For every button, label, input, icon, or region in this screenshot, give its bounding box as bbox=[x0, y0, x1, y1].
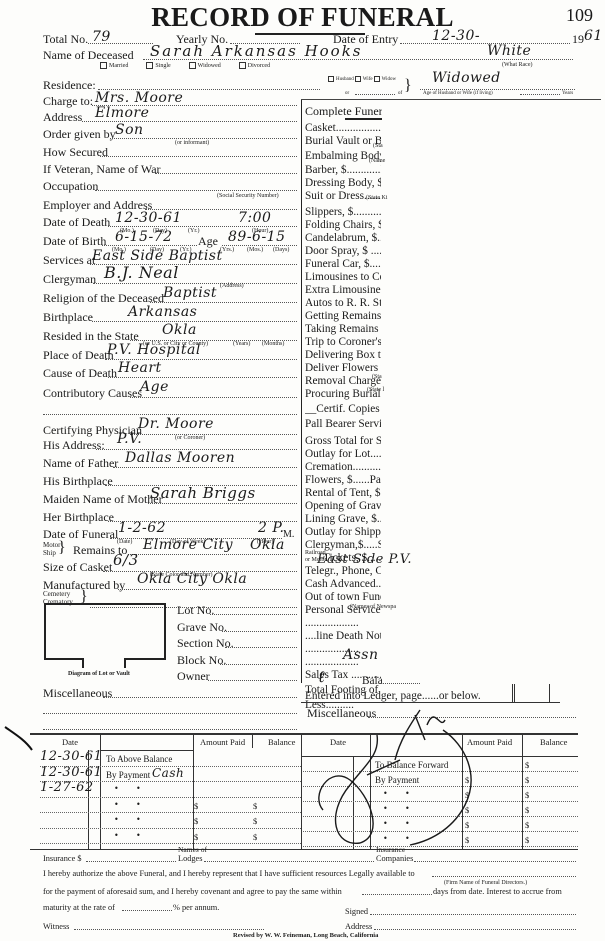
bullet-dot: • bbox=[136, 815, 141, 824]
payment-amount[interactable]: $ bbox=[194, 832, 198, 842]
lot-diagram-door-left bbox=[82, 658, 84, 668]
place-of-death-value: P.V. Hospital bbox=[107, 343, 201, 357]
payment-description: By Payment bbox=[106, 770, 150, 780]
birthplace-label: Birthplace bbox=[43, 310, 93, 324]
witness-label: Witness bbox=[43, 922, 69, 931]
occupation-field[interactable] bbox=[95, 180, 297, 191]
owner-field[interactable] bbox=[208, 670, 297, 681]
payment-date[interactable]: 1-27-62 bbox=[40, 781, 94, 795]
charge-item[interactable]: ....line Death Notices in... bbox=[305, 630, 381, 642]
cause-of-death-label: Cause of Death bbox=[43, 366, 117, 380]
charges-caption-sta: (Sta bbox=[373, 143, 383, 150]
charge-item[interactable]: Flowers, $......Palms, $ ... bbox=[305, 474, 381, 486]
date-of-funeral-value: 1-2-62 bbox=[118, 521, 166, 535]
resided-in-state-value: Okla bbox=[162, 323, 197, 337]
size-of-casket-value: 6/3 bbox=[113, 553, 139, 567]
lot-diagram-door-right bbox=[124, 658, 126, 668]
ins-companies-bottom: Companies bbox=[376, 854, 413, 863]
days-text: days from date. Interest to accrue from bbox=[433, 887, 562, 896]
address-label: Address bbox=[43, 110, 82, 124]
her-birthplace-label: Her Birthplace bbox=[43, 510, 114, 524]
ledger-tick-1 bbox=[512, 684, 513, 702]
payment-description: To Above Balance bbox=[106, 754, 172, 764]
payment-balance[interactable]: $ bbox=[253, 816, 257, 826]
charges-caption-name: (Name bbox=[369, 158, 385, 165]
charge-item[interactable]: Gross Total for Sales Tax.. bbox=[305, 435, 381, 447]
block-no-field[interactable] bbox=[220, 654, 297, 665]
charge-item[interactable]: Taking Remains to......... bbox=[305, 323, 381, 335]
charge-item[interactable]: Pall Bearer Service, $.... U bbox=[305, 418, 381, 430]
left-balance-header: Balance bbox=[268, 737, 295, 747]
veteran-war-label: If Veteran, Name of War bbox=[43, 162, 161, 176]
misc-left-line-2[interactable] bbox=[43, 703, 297, 714]
bullet-dot: • bbox=[114, 800, 119, 809]
date-of-death-label: Date of Death bbox=[43, 215, 110, 229]
payment-row: ••$$ bbox=[40, 830, 301, 846]
order-given-by-label: Order given by bbox=[43, 127, 116, 141]
name-of-father-value: Dallas Mooren bbox=[125, 451, 235, 465]
payment-balance[interactable]: $ bbox=[253, 832, 257, 842]
race-caption: (What Race) bbox=[502, 62, 532, 69]
payment-balance[interactable]: $ bbox=[253, 801, 257, 811]
charge-item[interactable]: Dressing Body, $..........I bbox=[305, 177, 381, 189]
name-of-deceased-value: Sarah Arkansas Hooks bbox=[150, 44, 363, 58]
charge-to-value: Mrs. Moore bbox=[95, 91, 183, 105]
charge-item[interactable]: Extra Limousines .......... bbox=[305, 284, 381, 296]
ship-caption: Ship bbox=[43, 549, 56, 557]
date-of-birth-value: 6-15-72 bbox=[115, 230, 173, 244]
left-amount-header: Amount Paid bbox=[200, 737, 245, 747]
year-prefix: 19 bbox=[572, 32, 584, 46]
charge-item[interactable]: Getting Remains from..... bbox=[305, 310, 381, 322]
contributory-causes-extra-line[interactable] bbox=[43, 404, 297, 415]
checkbox-widowed[interactable] bbox=[189, 62, 196, 69]
years-caption: Years bbox=[562, 91, 573, 96]
motor-ship-brace: } bbox=[58, 540, 66, 556]
ledger-divider bbox=[301, 702, 560, 703]
charges-caption-state-ki: (State Ki bbox=[366, 195, 388, 202]
signed-field[interactable] bbox=[370, 914, 576, 915]
row-line bbox=[40, 843, 301, 844]
spouse-or: or bbox=[345, 91, 349, 96]
date-of-birth-label: Date of Birth bbox=[43, 234, 106, 248]
less-value: Assn bbox=[343, 648, 379, 662]
charge-item[interactable]: Opening of Grave or Tomb. bbox=[305, 500, 381, 512]
payments-center-divider bbox=[301, 733, 302, 849]
services-at-value: East Side Baptist bbox=[92, 249, 223, 263]
veteran-war-field[interactable] bbox=[155, 163, 297, 174]
resided-years-caption: (Years) bbox=[233, 341, 250, 348]
name-of-father-label: Name of Father bbox=[43, 456, 118, 470]
payment-balance[interactable]: $ bbox=[525, 790, 529, 800]
charge-item[interactable]: Limousines to Cemetery... bbox=[305, 271, 381, 283]
ledger-pen-mark bbox=[0, 722, 40, 752]
payment-amount[interactable]: $ bbox=[194, 816, 198, 826]
left-desc-header-rule bbox=[100, 750, 193, 751]
checkbox-divorced[interactable] bbox=[239, 62, 246, 69]
balance-field[interactable] bbox=[380, 683, 420, 684]
charge-item[interactable]: Barber, $............Hair I bbox=[305, 164, 381, 176]
his-address-value: P.V. bbox=[117, 432, 142, 446]
bullet-dot: • bbox=[114, 831, 119, 840]
percent-text: % per annum. bbox=[173, 903, 219, 912]
contributory-causes-value: Age bbox=[140, 380, 169, 394]
mother-maiden-name-value: Sarah Briggs bbox=[150, 486, 256, 500]
misc-left-line-3[interactable] bbox=[43, 719, 297, 730]
remains-to-state-value: Okla bbox=[250, 538, 285, 552]
charge-item[interactable]: Casket................... bbox=[305, 122, 381, 134]
newspaper-caption: (Names of Newspa bbox=[350, 604, 396, 611]
charge-item[interactable]: Folding Chairs, $........Tar bbox=[305, 219, 381, 231]
payment-balance[interactable]: $ bbox=[525, 835, 529, 845]
charge-item[interactable]: Rental of Tent, $....of Tem bbox=[305, 487, 381, 499]
spouse-of: of bbox=[398, 91, 402, 96]
bullet-dot: • bbox=[136, 831, 141, 840]
bullet-dot: • bbox=[136, 800, 141, 809]
lodges-label-bottom: Lodges bbox=[178, 854, 202, 863]
payment-balance[interactable]: $ bbox=[525, 805, 529, 815]
how-secured-label: How Secured bbox=[43, 145, 108, 159]
age-value: 89-6-15 bbox=[228, 230, 286, 244]
payment-method: Cash bbox=[152, 766, 184, 780]
charge-item[interactable]: Deliver Flowers to......... bbox=[305, 362, 381, 374]
payment-balance[interactable]: $ bbox=[525, 775, 529, 785]
row-line bbox=[40, 812, 301, 813]
remains-to-value: Elmore City bbox=[143, 538, 233, 552]
funeral-hour-value: 2 P. bbox=[258, 521, 284, 535]
charge-item[interactable]: Cash Advanced.......... bbox=[305, 578, 381, 590]
employer-field[interactable] bbox=[145, 199, 297, 210]
manufactured-by-value: Okla City Okla bbox=[137, 572, 247, 586]
payment-date[interactable]: 12-30-61 bbox=[40, 766, 102, 780]
misc-left-field[interactable] bbox=[103, 687, 297, 698]
address-value: Elmore bbox=[95, 106, 149, 120]
age-spouse-caption: Age of Husband or Wife (if living) bbox=[423, 91, 493, 96]
grave-no-label: Grave No. bbox=[177, 620, 227, 634]
grave-no-field[interactable] bbox=[222, 621, 297, 632]
charge-item[interactable]: Lining Grave, $.......Lowe bbox=[305, 513, 381, 525]
lot-diagram-base-left bbox=[44, 658, 84, 660]
marital-single[interactable]: Single bbox=[146, 62, 170, 70]
insurance-field[interactable] bbox=[86, 861, 176, 862]
checkbox-widow[interactable] bbox=[374, 76, 380, 82]
firm-caption: (Firm Name of Funeral Directors.) bbox=[444, 880, 527, 886]
order-given-by-value: Son bbox=[115, 123, 144, 137]
race-value: White bbox=[487, 44, 531, 58]
ins-companies-field[interactable] bbox=[414, 861, 576, 862]
payment-balance[interactable]: $ bbox=[525, 820, 529, 830]
owner-label: Owner bbox=[177, 669, 210, 683]
charges-heading: Complete Funeral (except ou bbox=[305, 105, 382, 117]
his-birthplace-label: His Birthplace bbox=[43, 474, 113, 488]
charge-item[interactable]: ................... bbox=[305, 617, 381, 629]
time-of-death-value: 7:00 bbox=[238, 211, 271, 225]
religion-value: Baptist bbox=[163, 286, 217, 300]
marital-widowed[interactable]: Widowed bbox=[189, 62, 221, 70]
payment-row: 1-27-62•• bbox=[40, 783, 301, 799]
certifying-physician-value: Dr. Moore bbox=[138, 417, 214, 431]
marital-status-group: Married Single Widowed Divorced bbox=[100, 62, 270, 70]
age-spouse-field[interactable] bbox=[520, 89, 560, 95]
marital-married[interactable]: Married bbox=[100, 62, 128, 70]
misc-left-label: Miscellaneous bbox=[43, 686, 112, 700]
charge-item[interactable]: Door Spray, $ ..........Glo bbox=[305, 245, 381, 257]
residence-label: Residence: bbox=[43, 78, 96, 92]
ledger-page-field[interactable]: ...... bbox=[422, 690, 439, 702]
revised-credit: Revised by W. W. Feineman, Long Beach, C… bbox=[233, 932, 378, 939]
page-number: 109 bbox=[566, 5, 593, 26]
footer-top-rule bbox=[30, 849, 578, 850]
form-title: RECORD OF FUNERAL bbox=[0, 2, 605, 33]
row-line bbox=[40, 797, 301, 798]
payments-top-rule bbox=[30, 733, 578, 735]
residence-field[interactable] bbox=[98, 79, 320, 90]
age-days-caption: (Days) bbox=[273, 247, 289, 254]
age-label: Age bbox=[198, 234, 218, 248]
date-of-entry-field[interactable] bbox=[400, 33, 570, 44]
bullet-dot: • bbox=[114, 815, 119, 824]
right-balance-header: Balance bbox=[540, 737, 567, 747]
ledger-tick-3 bbox=[549, 684, 550, 702]
bullet-dot: • bbox=[136, 784, 141, 793]
lot-diagram-caption: Diagram of Lot or Vault bbox=[68, 671, 130, 678]
address-label-footer: Address bbox=[345, 922, 372, 931]
clergyman-address-caption: (Address) bbox=[220, 283, 244, 290]
birthplace-value: Arkansas bbox=[128, 305, 197, 319]
resided-months-caption: (Months) bbox=[262, 341, 284, 348]
age-months-caption: (Mos.) bbox=[247, 247, 263, 254]
charge-item[interactable]: Slippers, $.............Hos bbox=[305, 206, 381, 218]
section-no-field[interactable] bbox=[225, 637, 297, 648]
charge-item[interactable]: Trip to Coroner's Inquest .. bbox=[305, 336, 381, 348]
checkbox-single[interactable] bbox=[146, 62, 153, 69]
lot-no-label: Lot No. bbox=[177, 603, 214, 617]
ledger-label: Entered into Ledger, page......or below. bbox=[305, 690, 505, 702]
charge-item[interactable]: Removal Charges.......... bbox=[305, 375, 381, 387]
occupation-label: Occupation bbox=[43, 179, 98, 193]
contributory-causes-label: Contributory Causes bbox=[43, 386, 142, 400]
witness-field[interactable] bbox=[74, 929, 264, 930]
charge-item[interactable]: Funeral Car, $.........Amb bbox=[305, 258, 381, 270]
clergyman-value: B.J. Neal bbox=[104, 266, 179, 280]
lodges-label-top: Names of bbox=[178, 845, 207, 854]
spouse-husband[interactable]: Husband bbox=[328, 76, 354, 82]
services-at-label: Services at bbox=[43, 253, 95, 267]
spouse-name-field[interactable] bbox=[355, 87, 395, 95]
row-line bbox=[40, 828, 301, 829]
interest-rate-field[interactable] bbox=[122, 910, 172, 911]
ins-companies-top: Insurance bbox=[376, 845, 405, 854]
charges-heading-underline bbox=[345, 118, 382, 120]
ledger-checkmark: ℓ bbox=[318, 670, 325, 684]
payment-balance[interactable]: $ bbox=[525, 760, 529, 770]
payment-amount[interactable]: $ bbox=[194, 801, 198, 811]
personal-service-value: East Side P.V. bbox=[317, 553, 412, 567]
charges-caption-state-l: (State l bbox=[367, 387, 384, 394]
charge-item[interactable]: Outlay for Lot............. bbox=[305, 448, 381, 460]
insurance-label: Insurance $ bbox=[43, 854, 81, 863]
charge-item[interactable]: Cremation.................. bbox=[305, 461, 381, 473]
mother-maiden-name-label: Maiden Name of Mother bbox=[43, 492, 163, 506]
left-date-header: Date bbox=[62, 737, 78, 747]
charge-item[interactable]: Delivering Box to .......... bbox=[305, 349, 381, 361]
cause-of-death-value: Heart bbox=[118, 361, 162, 375]
charge-item[interactable]: Outlay for Shipping Charge bbox=[305, 526, 381, 538]
lot-diagram-base-right bbox=[124, 658, 166, 660]
spouse-wife[interactable]: Wife bbox=[355, 76, 373, 82]
total-no-value: 79 bbox=[92, 30, 111, 44]
address-field-footer[interactable] bbox=[374, 929, 576, 930]
spouse-brace: } bbox=[404, 78, 412, 94]
authorize-text: I hereby authorize the above Funeral, an… bbox=[43, 869, 415, 878]
payment-date[interactable]: 12-30-61 bbox=[40, 750, 102, 764]
resided-in-state-field[interactable] bbox=[130, 330, 297, 341]
total-no-label: Total No. bbox=[43, 32, 88, 46]
marital-divorced[interactable]: Divorced bbox=[239, 62, 270, 70]
ledger-tick-2 bbox=[514, 684, 515, 702]
place-of-death-label: Place of Death bbox=[43, 348, 114, 362]
charge-item[interactable]: __Certif. Copies of Death Ce bbox=[305, 403, 381, 415]
how-secured-field[interactable] bbox=[100, 146, 297, 157]
lot-no-field[interactable] bbox=[210, 604, 297, 615]
clergyman-label: Clergyman bbox=[43, 272, 96, 286]
charge-item[interactable]: Candelabrum, $.........Car bbox=[305, 232, 381, 244]
payment-row: ••$$ bbox=[40, 814, 301, 830]
resided-in-state-label: Resided in the State bbox=[43, 329, 139, 343]
maturity-text: maturity at the rate of bbox=[43, 903, 115, 912]
date-of-entry-value: 12-30- bbox=[432, 29, 480, 43]
firm-name-field[interactable] bbox=[432, 876, 576, 877]
name-of-deceased-label: Name of Deceased bbox=[43, 48, 134, 62]
charge-to-label: Charge to: bbox=[43, 94, 93, 108]
date-of-death-value: 12-30-61 bbox=[115, 211, 182, 225]
spouse-widow[interactable]: Widow bbox=[374, 76, 397, 82]
days-field[interactable] bbox=[362, 894, 432, 895]
lot-diagram-box bbox=[44, 603, 166, 659]
year-value: 61 bbox=[584, 29, 603, 43]
cemetery-caption: Cemetery bbox=[43, 590, 70, 598]
payment-row: ••$$ bbox=[40, 799, 301, 815]
size-of-casket-label: Size of Casket bbox=[43, 560, 112, 574]
charges-caption-sta2: (Sta bbox=[372, 374, 382, 381]
checkbox-wife[interactable] bbox=[355, 76, 361, 82]
covenant-text: for the payment of aforesaid sum, and I … bbox=[43, 887, 342, 896]
bullet-dot: • bbox=[114, 784, 119, 793]
religion-label: Religion of the Deceased bbox=[43, 291, 164, 305]
spouse-group: Husband Wife Widow bbox=[328, 76, 396, 82]
charge-item[interactable]: Out of town Funeral Direct bbox=[305, 591, 381, 603]
date-of-funeral-label: Date of Funeral bbox=[43, 527, 118, 541]
paid-in-full-signature bbox=[305, 705, 495, 850]
lodges-field[interactable] bbox=[204, 861, 374, 862]
checkbox-married[interactable] bbox=[100, 62, 107, 69]
charge-item[interactable]: Autos to R. R. Station..... bbox=[305, 297, 381, 309]
block-no-label: Block No. bbox=[177, 653, 226, 667]
signed-label: Signed bbox=[345, 907, 368, 916]
left-balance-header-divider bbox=[252, 733, 253, 748]
charge-item[interactable]: Burial Vault or Box ....... bbox=[305, 135, 381, 147]
balance-label: Bala bbox=[362, 675, 383, 687]
checkbox-husband[interactable] bbox=[328, 76, 334, 82]
